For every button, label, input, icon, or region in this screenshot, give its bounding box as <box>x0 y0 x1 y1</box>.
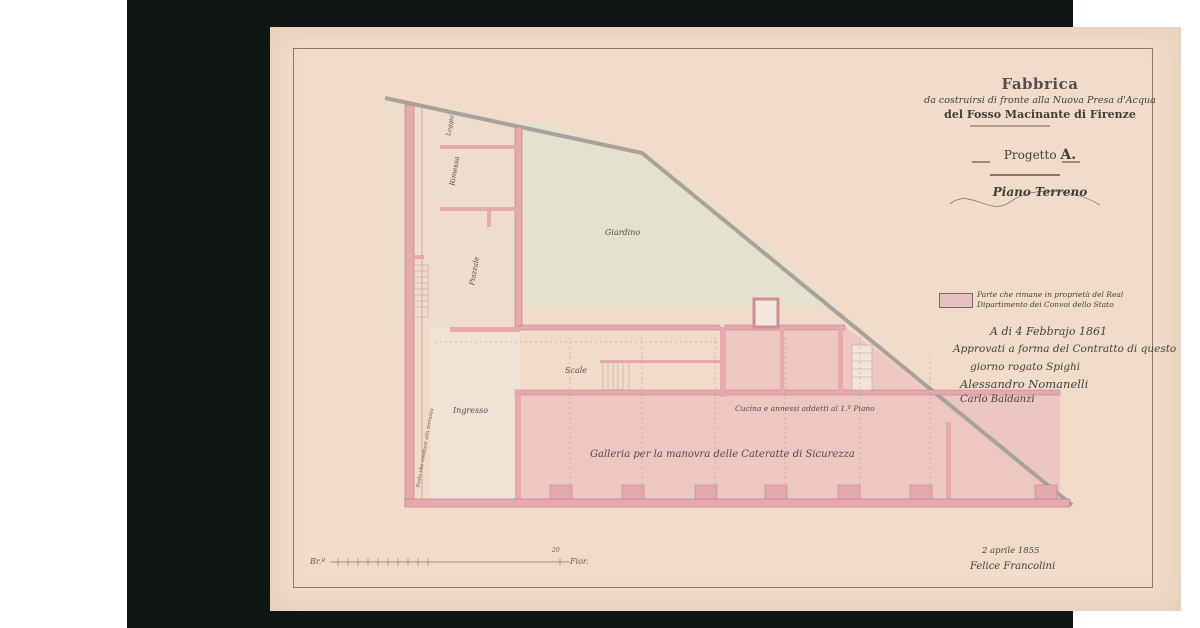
approval-date: A di 4 Febbrajo 1861 <box>990 325 1107 338</box>
title-block: Fabbrica da costruirsi di fronte alla Nu… <box>910 75 1170 199</box>
plan-subtitle-2: del Fosso Macinante di Firenze <box>910 108 1170 121</box>
plan-subtitle: da costruirsi di fronte alla Nuova Presa… <box>910 95 1170 106</box>
legend-swatch <box>939 293 973 308</box>
room-scale: Scale <box>565 366 587 375</box>
legend-text-2: Dipartimento dei Convoi dello Stato <box>977 300 1114 309</box>
dark-mount-background: Fabbrica da costruirsi di fronte alla Nu… <box>127 0 1073 628</box>
room-galleria: Galleria per la manovra delle Cateratte … <box>590 449 855 460</box>
approval-signature-2: Carlo Baldanzi <box>960 394 1035 405</box>
scale-end-value: 20 <box>552 547 560 554</box>
scale-left-label: Br.ª <box>310 557 325 566</box>
approval-line-1: Approvati a forma del Contratto di quest… <box>953 343 1176 355</box>
approval-signature-1: Alessandro Nomanelli <box>960 377 1088 391</box>
legend-text-1: Parte che rimane in proprietà del Real <box>977 290 1123 299</box>
room-giardino: Giardino <box>605 228 640 237</box>
room-cucina: Cucina e annessi addetti al 1.º Piano <box>735 404 875 413</box>
plan-title: Fabbrica <box>910 75 1170 93</box>
room-ingresso: Ingresso <box>453 406 488 415</box>
project-label: Progetto A. <box>910 147 1170 163</box>
floor-label: Piano Terreno <box>910 185 1170 199</box>
scale-right-label: Fior. <box>570 557 588 566</box>
garden-area <box>520 119 835 305</box>
bottom-signature: Felice Francolini <box>970 561 1055 572</box>
approval-line-2: giorno rogato Spighi <box>970 361 1080 373</box>
paper-sheet: Fabbrica da costruirsi di fronte alla Nu… <box>270 27 1181 611</box>
bottom-date: 2 aprile 1855 <box>982 546 1039 556</box>
